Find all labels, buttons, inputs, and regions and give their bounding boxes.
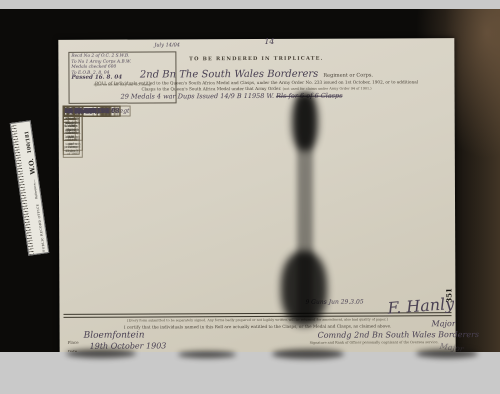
cell-other-unit: 6th Bn I. Y.: [63, 106, 99, 117]
roll-declaration-text: Clasps to the Queen's South Africa Medal…: [141, 85, 281, 91]
place-label: Place: [68, 340, 79, 345]
unit-name-handwritten: 2nd Bn The South Wales Borderers: [140, 69, 318, 81]
roll-table: To be left blank Regimental Number Rank …: [63, 104, 451, 106]
place-value: Bloemfontein: [84, 330, 145, 340]
received-date-scribble: July 14/04: [154, 42, 180, 48]
certification-text: I certify that the individuals named in …: [60, 323, 456, 330]
film-smudge: [416, 349, 478, 358]
signature-caption: Signature and Rank of Officer personally…: [310, 340, 439, 345]
signature-rank: Major: [432, 319, 456, 328]
stain-overlay: [281, 251, 327, 326]
document-paper: Recd No 2 of O.C. 2 S.W.B. To No 1 Army …: [58, 38, 455, 352]
film-smudge: [178, 351, 236, 358]
roll-declaration-line2: Clasps to the Queen's South Africa Medal…: [59, 85, 455, 92]
commanding-officer-line: Comndg 2nd Bn South Wales Borderers: [318, 330, 479, 340]
film-smudge: [272, 349, 344, 359]
film-frame: PUBLIC RECORD OFFICE Reference:— W.O. 10…: [0, 9, 500, 352]
medals-issued-text: 29 Medals 4 war Dups Issued 14/9 B 11958…: [121, 92, 275, 101]
archive-ref-label: Reference:—: [32, 179, 39, 199]
roll-declaration-note: (not used for claims under Army Order 94…: [283, 86, 372, 90]
public-record-office-label: PUBLIC RECORD OFFICE Reference:— W.O. 10…: [10, 120, 49, 256]
stain-overlay: [292, 93, 318, 151]
archive-ref-number: 100/181: [24, 130, 33, 153]
regiment-or-corps-label: Regiment or Corps.: [323, 72, 373, 78]
cell-remarks: [63, 106, 65, 117]
archive-office-name: PUBLIC RECORD OFFICE: [35, 204, 46, 252]
scanned-page: PUBLIC RECORD OFFICE Reference:— W.O. 10…: [0, 0, 500, 394]
folio-number: 351: [444, 288, 453, 303]
top-mark-scribble: 14: [264, 37, 274, 46]
film-smudge: [66, 349, 136, 358]
archive-ref-prefix: W.O.: [27, 158, 37, 175]
